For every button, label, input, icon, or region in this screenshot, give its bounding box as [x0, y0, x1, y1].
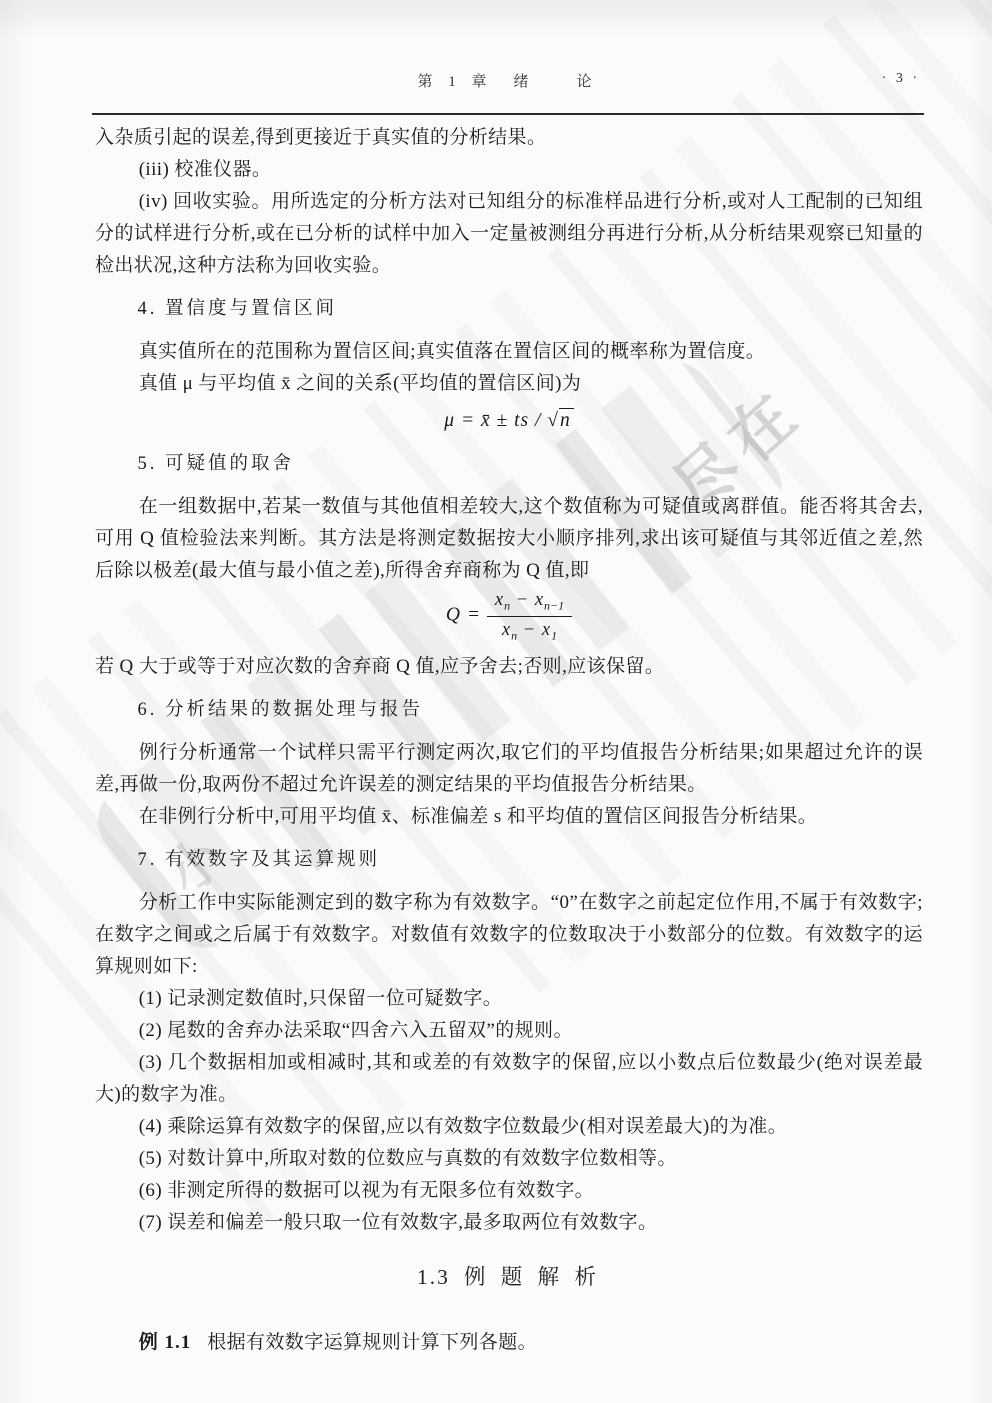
- minus-operator: −: [517, 620, 542, 640]
- fraction: xn − xn−1xn − x1: [487, 589, 572, 643]
- section-number: 1.3: [417, 1265, 450, 1289]
- page-content: 入杂质引起的误差,得到更接近于真实值的分析结果。 (iii) 校准仪器。 (iv…: [95, 122, 923, 1359]
- formula-body: μ = x̄ ± ts /: [444, 410, 547, 431]
- list-item-iv: (iv) 回收实验。用所选定的分析方法对已知组分的标准样品进行分析,或对人工配制…: [95, 186, 923, 282]
- heading-sigfig: 7. 有效数字及其运算规则: [95, 844, 923, 876]
- header-rule: [92, 113, 924, 115]
- list-item-iii: (iii) 校准仪器。: [95, 154, 923, 186]
- running-header: 第 1 章 绪 论 · 3 ·: [95, 70, 920, 92]
- radical-sign: √: [547, 410, 559, 431]
- example-1-1: 例 1.1根据有效数字运算规则计算下列各题。: [95, 1327, 923, 1359]
- minus-operator: −: [510, 590, 535, 610]
- paragraph-confidence-2: 真值 μ 与平均值 x̄ 之间的关系(平均值的置信区间)为: [95, 368, 923, 400]
- page-number: · 3 ·: [882, 71, 920, 87]
- rule-item-5: (5) 对数计算中,所取对数的位数应与真数的有效数字位数相等。: [95, 1143, 923, 1175]
- paragraph-sigfig: 分析工作中实际能测定到的数字称为有效数字。“0”在数字之前起定位作用,不属于有效…: [95, 887, 923, 983]
- denominator: xn − x1: [487, 617, 572, 644]
- x-term: x: [535, 590, 544, 610]
- section-title: 例 题 解 析: [464, 1265, 601, 1289]
- paragraph-q-rule: 若 Q 大于或等于对应次数的舍弃商 Q 值,应予舍去;否则,应该保留。: [95, 651, 923, 683]
- section-heading: 1.3例 题 解 析: [95, 1261, 923, 1293]
- confidence-interval-formula: μ = x̄ ± ts / √n: [95, 405, 923, 437]
- paragraph-continuation: 入杂质引起的误差,得到更接近于真实值的分析结果。: [95, 122, 923, 154]
- x-term: x: [502, 620, 511, 640]
- numerator: xn − xn−1: [487, 589, 572, 617]
- paragraph-confidence-1: 真实值所在的范围称为置信区间;真实值落在置信区间的概率称为置信度。: [95, 336, 923, 368]
- paragraph-nonroutine: 在非例行分析中,可用平均值 x̄、标准偏差 s 和平均值的置信区间报告分析结果。: [95, 801, 923, 833]
- heading-outlier: 5. 可疑值的取舍: [95, 448, 923, 480]
- x-term: x: [495, 590, 504, 610]
- heading-confidence: 4. 置信度与置信区间: [95, 293, 923, 325]
- example-label: 例 1.1: [139, 1332, 192, 1353]
- rule-item-2: (2) 尾数的舍弃办法采取“四舍六入五留双”的规则。: [95, 1015, 923, 1047]
- paragraph-routine: 例行分析通常一个试样只需平行测定两次,取它们的平均值报告分析结果;如果超过允许的…: [95, 737, 923, 801]
- book-page: 尽在 小 第 1 章 绪 论 · 3 · 入杂质引起的误差,得到更接近于真实值的…: [0, 0, 992, 1403]
- rule-item-1: (1) 记录测定数值时,只保留一位可疑数字。: [95, 983, 923, 1015]
- rule-item-7: (7) 误差和偏差一般只取一位有效数字,最多取两位有效数字。: [95, 1207, 923, 1239]
- subscript-1: 1: [551, 628, 557, 642]
- subscript-n-1: n−1: [544, 599, 564, 613]
- rule-item-3: (3) 几个数据相加或相减时,其和或差的有效数字的保留,应以小数点后位数最少(绝…: [95, 1047, 923, 1111]
- radicand: n: [559, 408, 574, 431]
- paragraph-outlier: 在一组数据中,若某一数值与其他值相差较大,这个数值称为可疑值或离群值。能否将其舍…: [95, 491, 923, 587]
- rule-item-6: (6) 非测定所得的数据可以视为有无限多位有效数字。: [95, 1175, 923, 1207]
- rule-item-4: (4) 乘除运算有效数字的保留,应以有效数字位数最少(相对误差最大)的为准。: [95, 1111, 923, 1143]
- x-term: x: [542, 620, 551, 640]
- heading-data-report: 6. 分析结果的数据处理与报告: [95, 694, 923, 726]
- example-text: 根据有效数字运算规则计算下列各题。: [207, 1332, 537, 1353]
- q-test-formula: Q = xn − xn−1xn − x1: [95, 589, 923, 643]
- chapter-title: 第 1 章 绪 论: [95, 70, 920, 91]
- formula-lhs: Q =: [446, 605, 487, 626]
